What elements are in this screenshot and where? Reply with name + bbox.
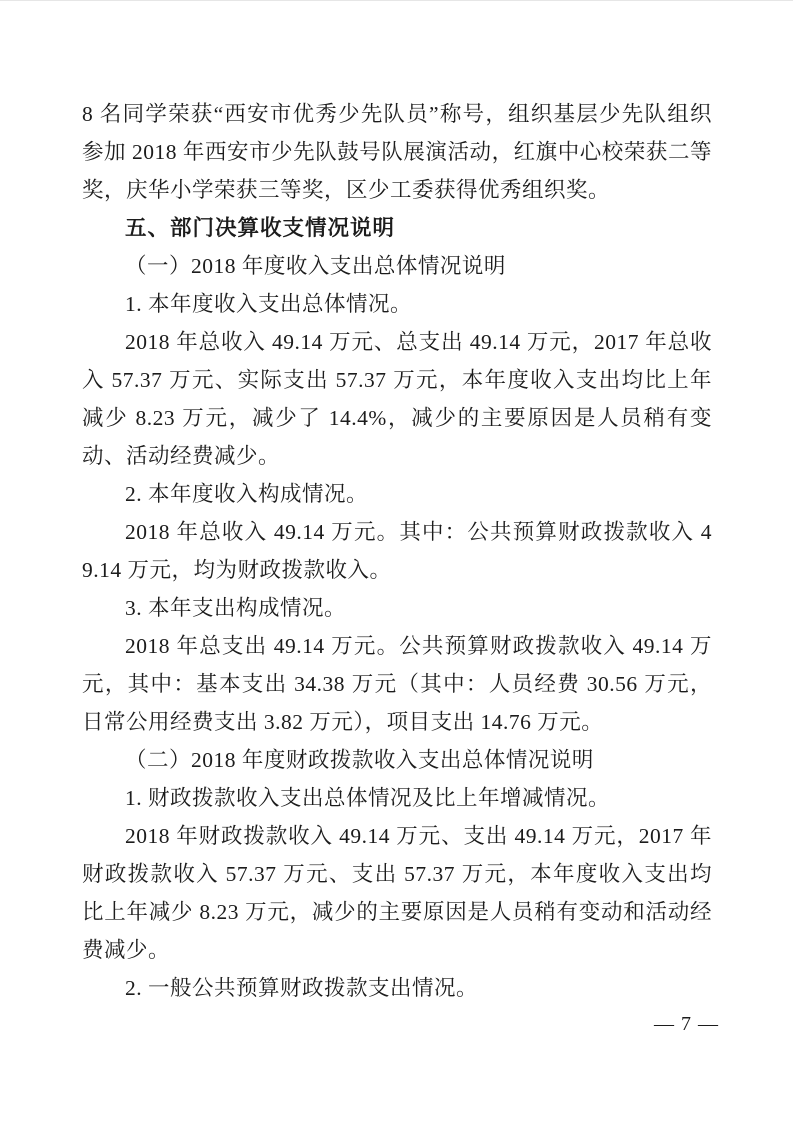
- paragraph-fiscal-appropriation: 2018 年财政拨款收入 49.14 万元、支出 49.14 万元，2017 年…: [82, 817, 712, 969]
- numbered-item-fiscal-2: 2. 一般公共预算财政拨款支出情况。: [82, 969, 712, 1007]
- section-heading-5: 五、部门决算收支情况说明: [82, 209, 712, 247]
- paragraph-expenditure-composition: 2018 年总支出 49.14 万元。公共预算财政拨款收入 49.14 万元，其…: [82, 627, 712, 741]
- subheading-1: （一）2018 年度收入支出总体情况说明: [82, 247, 712, 285]
- document-body: 8 名同学荣获“西安市优秀少先队员”称号，组织基层少先队组织参加 2018 年西…: [82, 95, 712, 1007]
- numbered-item-1: 1. 本年度收入支出总体情况。: [82, 285, 712, 323]
- numbered-item-2: 2. 本年度收入构成情况。: [82, 475, 712, 513]
- numbered-item-3: 3. 本年支出构成情况。: [82, 589, 712, 627]
- paragraph-continuation: 8 名同学荣获“西安市优秀少先队员”称号，组织基层少先队组织参加 2018 年西…: [82, 95, 712, 209]
- document-page: 8 名同学荣获“西安市优秀少先队员”称号，组织基层少先队组织参加 2018 年西…: [0, 0, 793, 1123]
- numbered-item-fiscal-1: 1. 财政拨款收入支出总体情况及比上年增减情况。: [82, 779, 712, 817]
- page-number: — 7 —: [654, 1009, 719, 1039]
- paragraph-income-composition: 2018 年总收入 49.14 万元。其中：公共预算财政拨款收入 49.14 万…: [82, 513, 712, 589]
- subheading-2: （二）2018 年度财政拨款收入支出总体情况说明: [82, 741, 712, 779]
- paragraph-income-expenditure-total: 2018 年总收入 49.14 万元、总支出 49.14 万元，2017 年总收…: [82, 323, 712, 475]
